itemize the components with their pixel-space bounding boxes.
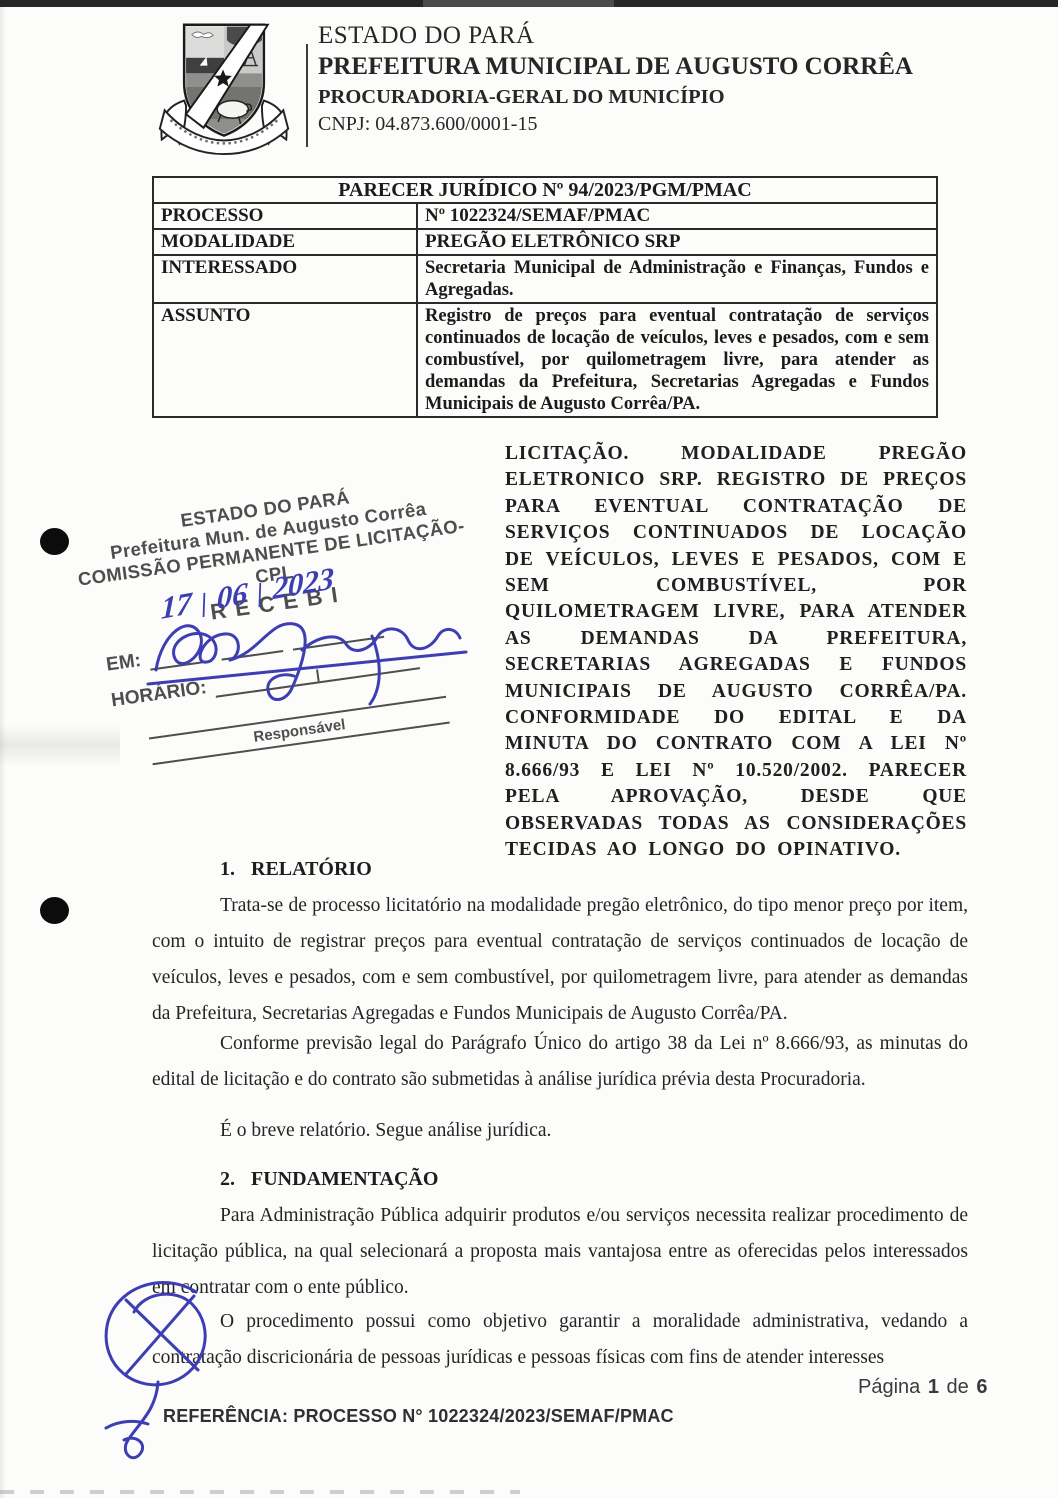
scan-edge-artifact-bottom (0, 1490, 520, 1494)
letterhead-department: PROCURADORIA-GERAL DO MUNICÍPIO (318, 86, 913, 109)
paragraph-text: Conforme previsão legal do Parágrafo Úni… (152, 1026, 968, 1098)
letterhead-state: ESTADO DO PARÁ (318, 22, 913, 50)
row-label-modalidade: MODALIDADE (153, 229, 417, 255)
scan-edge-artifact-top (0, 0, 1058, 7)
scanned-document-page: ESTADO DO PARÁ PREFEITURA MUNICIPAL DE A… (0, 0, 1058, 1498)
stamp-date-label: EM: (105, 650, 143, 677)
section-1-title: RELATÓRIO (251, 858, 372, 880)
parecer-title: PARECER JURÍDICO Nº 94/2023/PGM/PMAC (153, 177, 937, 203)
page-total: 6 (974, 1376, 989, 1398)
section-2-number: 2. (220, 1168, 235, 1191)
paragraph-text: É o breve relatório. Segue análise juríd… (152, 1113, 968, 1149)
paragraph-text: Para Administração Pública adquirir prod… (152, 1198, 968, 1306)
letterhead-cnpj: CNPJ: 04.873.600/0001-15 (318, 113, 913, 136)
section-1-paragraph-1: Trata-se de processo licitatório na moda… (152, 888, 968, 1032)
table-row: ASSUNTO Registro de preços para eventual… (153, 303, 937, 417)
row-value-modalidade: PREGÃO ELETRÔNICO SRP (417, 229, 937, 255)
ementa-summary: LICITAÇÃO. MODALIDADE PREGÃO ELETRONICO … (505, 441, 967, 864)
footer-reference: REFERÊNCIA: PROCESSO N° 1022324/2023/SEM… (163, 1406, 674, 1427)
paragraph-text: Trata-se de processo licitatório na moda… (152, 888, 968, 1032)
section-1-paragraph-2: Conforme previsão legal do Parágrafo Úni… (152, 1026, 968, 1098)
section-2-paragraph-2: O procedimento possui como objetivo gara… (152, 1304, 968, 1376)
header-divider (306, 44, 308, 147)
section-1-number: 1. (220, 858, 235, 881)
row-value-assunto: Registro de preços para eventual contrat… (417, 303, 937, 417)
section-2-title: FUNDAMENTAÇÃO (251, 1168, 438, 1190)
municipal-coat-of-arms-icon (151, 15, 297, 157)
punch-hole (40, 528, 69, 555)
row-label-interessado: INTERESSADO (153, 255, 417, 303)
table-row: INTERESSADO Secretaria Municipal de Admi… (153, 255, 937, 303)
page-word: Página (858, 1376, 920, 1398)
section-1-heading: 1.RELATÓRIO (152, 858, 968, 881)
page-of-word: de (947, 1376, 969, 1398)
table-row: PROCESSO Nº 1022324/SEMAF/PMAC (153, 203, 937, 229)
table-row: MODALIDADE PREGÃO ELETRÔNICO SRP (153, 229, 937, 255)
table-title-row: PARECER JURÍDICO Nº 94/2023/PGM/PMAC (153, 177, 937, 203)
letterhead-entity: PREFEITURA MUNICIPAL DE AUGUSTO CORRÊA (318, 53, 913, 81)
handwritten-scribble (92, 1270, 237, 1470)
row-value-processo: Nº 1022324/SEMAF/PMAC (417, 203, 937, 229)
row-label-assunto: ASSUNTO (153, 303, 417, 417)
section-2-heading: 2.FUNDAMENTAÇÃO (152, 1168, 968, 1191)
row-label-processo: PROCESSO (153, 203, 417, 229)
section-2-paragraph-1: Para Administração Pública adquirir prod… (152, 1198, 968, 1306)
handwritten-signature (142, 592, 472, 717)
letterhead: ESTADO DO PARÁ PREFEITURA MUNICIPAL DE A… (318, 22, 913, 136)
page-number: Página 1 de 6 (858, 1376, 989, 1399)
parecer-info-table: PARECER JURÍDICO Nº 94/2023/PGM/PMAC PRO… (152, 176, 938, 418)
punch-hole (40, 897, 69, 924)
section-1-paragraph-3: É o breve relatório. Segue análise juríd… (152, 1113, 968, 1149)
page-current: 1 (926, 1376, 941, 1398)
paragraph-text: O procedimento possui como objetivo gara… (152, 1304, 968, 1376)
row-value-interessado: Secretaria Municipal de Administração e … (417, 255, 937, 303)
